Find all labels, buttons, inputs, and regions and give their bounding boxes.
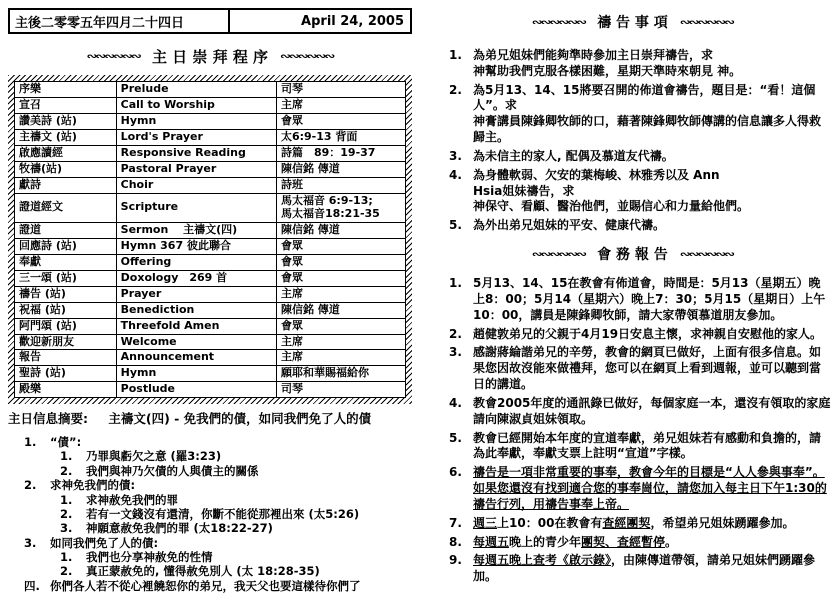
cell-item-en: Announcement: [116, 350, 276, 366]
outline-num: 1.: [24, 435, 50, 449]
affairs-item: 7.週三上10：00在教會有查經團契，希望弟兄姐妹踴躍參加。: [433, 516, 832, 532]
table-row: 歡迎新朋友Welcome主席: [15, 334, 406, 350]
cell-item-en: Threefold Amen: [116, 318, 276, 334]
outline-num: 2.: [60, 564, 86, 578]
cell-performer: 太6:9-13 背面: [276, 129, 405, 145]
cell-performer: 會眾: [276, 113, 405, 129]
scroll-ornament: ∾∾∾∾∾∾: [532, 248, 585, 260]
item-number: 5.: [449, 218, 473, 234]
outline-num: 3.: [24, 536, 50, 550]
outline-text: 我們也分享神赦免的性情: [86, 550, 213, 564]
cell-performer: 主席: [276, 350, 405, 366]
item-text: 為5月13、14、15將要召開的佈道會禱告，題目是：“看！這個人”。求 神膏講員…: [473, 83, 832, 146]
table-row: 讚美詩 (站)Hymn會眾: [15, 113, 406, 129]
item-number: 8.: [449, 535, 473, 551]
cell-item-cn: 證道: [15, 222, 117, 238]
item-text: 週三上10：00在教會有查經團契，希望弟兄姐妹踴躍參加。: [473, 516, 832, 532]
affairs-title-row: ∾∾∾∾∾∾ 會 務 報 告 ∾∾∾∾∾∾: [433, 244, 832, 264]
outline-text: 真正蒙赦免的, 懂得赦免別人 (太 18:28-35): [86, 564, 320, 578]
prayer-section-title: 禱 告 事 項: [597, 12, 668, 32]
table-row: 報告Announcement主席: [15, 350, 406, 366]
table-row: 證道Sermon 主禱文(四)陳信銘 傳道: [15, 222, 406, 238]
cell-item-en: Call to Worship: [116, 97, 276, 113]
cell-performer: 主席: [276, 334, 405, 350]
cell-performer: 馬太福音 6:9-13; 馬太福音18:21-35: [276, 193, 405, 222]
worship-title: 主 日 崇 拜 程 序: [152, 46, 268, 67]
outline-row: 四.你們各人若不從心裡饒恕你的弟兄，我天父也要這樣待你們了: [24, 579, 412, 593]
cell-item-cn: 啟應讀經: [15, 145, 117, 161]
scroll-ornament: ∾∾∾∾∾∾: [532, 16, 585, 28]
cell-performer: 願耶和華賜福給你: [276, 366, 405, 382]
cell-performer: 司琴: [276, 382, 405, 398]
outline-num: 2.: [60, 507, 86, 521]
english-date: April 24, 2005: [230, 10, 410, 32]
prayer-item: 2.為5月13、14、15將要召開的佈道會禱告，題目是：“看！這個人”。求 神膏…: [433, 83, 832, 146]
scroll-ornament: ∾∾∾∾∾∾: [680, 248, 733, 260]
prayer-list: 1.為弟兄姐妹們能夠準時參加主日崇拜禱告，求 神幫助我們克服各樣困難，星期天準時…: [433, 48, 832, 234]
cell-item-cn: 證道經文: [15, 193, 117, 222]
item-number: 6.: [449, 465, 473, 512]
cell-item-en: Responsive Reading: [116, 145, 276, 161]
table-row: 序樂Prelude司琴: [15, 82, 406, 98]
cell-item-cn: 獻詩: [15, 177, 117, 193]
cell-performer: 陳信銘 傳道: [276, 222, 405, 238]
cell-item-cn: 祝福 (站): [15, 302, 117, 318]
table-row: 獻詩Choir詩班: [15, 177, 406, 193]
cell-item-en: Choir: [116, 177, 276, 193]
cell-item-en: Pastoral Prayer: [116, 161, 276, 177]
cell-performer: 會眾: [276, 238, 405, 254]
outline-text: 神願意赦免我們的罪 (太18:22-27): [86, 521, 273, 535]
outline-row: 1.乃罪與虧欠之意 (羅3:23): [60, 449, 412, 463]
item-number: 4.: [449, 396, 473, 428]
outline-num: 四.: [24, 579, 50, 593]
item-text: 每週五晚上查考《啟示錄》，由陳傳道帶領，請弟兄姐妹們踴躍參加。: [473, 553, 832, 585]
worship-title-row: ∾∾∾∾∾∾ 主 日 崇 拜 程 序 ∾∾∾∾∾∾: [8, 46, 412, 67]
outline-num: 1.: [60, 449, 86, 463]
outline-num: 2.: [60, 464, 86, 478]
cell-performer: 會眾: [276, 254, 405, 270]
table-row: 回應詩 (站)Hymn 367 彼此聯合會眾: [15, 238, 406, 254]
outline-row: 2.求神免我們的債:: [24, 478, 412, 492]
cell-performer: 會眾: [276, 270, 405, 286]
cell-item-en: Benediction: [116, 302, 276, 318]
table-row: 宣召Call to Worship主席: [15, 97, 406, 113]
item-number: 4.: [449, 168, 473, 215]
outline-text: 求神免我們的債:: [50, 478, 135, 492]
cell-item-en: Offering: [116, 254, 276, 270]
cell-performer: 司琴: [276, 82, 405, 98]
outline-num: 1.: [60, 550, 86, 564]
item-text: 教會2005年度的通訊錄已做好，每個家庭一本，還沒有領取的家庭請向陳淑貞姐妹領取…: [473, 396, 832, 428]
worship-table: 序樂Prelude司琴 宣召Call to Worship主席 讚美詩 (站)H…: [14, 81, 406, 398]
table-row: 啟應讀經Responsive Reading詩篇 89：19-37: [15, 145, 406, 161]
item-number: 2.: [449, 327, 473, 343]
cell-item-cn: 報告: [15, 350, 117, 366]
cell-performer: 會眾: [276, 318, 405, 334]
item-number: 1.: [449, 276, 473, 323]
outline-text: 若有一文錢沒有還清，你斷不能從那裡出來 (太5:26): [86, 507, 359, 521]
cell-item-en: Scripture: [116, 193, 276, 222]
cell-item-cn: 三一頌 (站): [15, 270, 117, 286]
cell-item-cn: 回應詩 (站): [15, 238, 117, 254]
item-text: 為未信主的家人, 配偶及慕道友代禱。: [473, 149, 832, 165]
item-number: 2.: [449, 83, 473, 146]
outline-row: 2.我們與神乃欠債的人與債主的關係: [60, 464, 412, 478]
cell-performer: 主席: [276, 97, 405, 113]
summary-label: 主日信息摘要:: [8, 411, 88, 426]
cell-item-en: Prelude: [116, 82, 276, 98]
item-text: 為弟兄姐妹們能夠準時參加主日崇拜禱告，求 神幫助我們克服各樣困難，星期天準時來朝…: [473, 48, 832, 80]
cell-item-cn: 禱告 (站): [15, 286, 117, 302]
affairs-item: 9.每週五晚上查考《啟示錄》，由陳傳道帶領，請弟兄姐妹們踴躍參加。: [433, 553, 832, 585]
outline-row: 1.我們也分享神赦免的性情: [60, 550, 412, 564]
cell-item-en: Lord's Prayer: [116, 129, 276, 145]
prayer-item: 5.為外出弟兄姐妹的平安、健康代禱。: [433, 218, 832, 234]
item-text: 5月13、14、15在教會有佈道會，時間是：5月13（星期五）晚上8：00；5月…: [473, 276, 832, 323]
table-row: 主禱文 (站)Lord's Prayer太6:9-13 背面: [15, 129, 406, 145]
left-page: 主後二零零五年四月二十四日 April 24, 2005 ∾∾∾∾∾∾ 主 日 …: [8, 8, 412, 593]
affairs-item: 5.教會已經開始本年度的宣道奉獻，弟兄姐妹若有感動和負擔的，請為此奉獻，奉獻支票…: [433, 431, 832, 463]
affairs-item: 3.感謝蔣綸諧弟兄的辛勞，教會的網頁已做好，上面有很多信息。如果您因故沒能來做禮…: [433, 345, 832, 392]
item-text: 趙健敦弟兄的父親于4月19日安息主懷，求神親自安慰他的家人。: [473, 327, 832, 343]
cell-item-cn: 歡迎新朋友: [15, 334, 117, 350]
outline-num: 2.: [24, 478, 50, 492]
outline-text: 如同我們免了人的債:: [50, 536, 158, 550]
outline-num: 3.: [60, 521, 86, 535]
date-banner: 主後二零零五年四月二十四日 April 24, 2005: [8, 8, 412, 34]
item-number: 1.: [449, 48, 473, 80]
cell-item-cn: 聖詩 (站): [15, 366, 117, 382]
item-text: 每週五晚上的青少年團契、查經暫停。: [473, 535, 832, 551]
prayer-item: 1.為弟兄姐妹們能夠準時參加主日崇拜禱告，求 神幫助我們克服各樣困難，星期天準時…: [433, 48, 832, 80]
affairs-section-title: 會 務 報 告: [597, 244, 668, 264]
right-page: ∾∾∾∾∾∾ 禱 告 事 項 ∾∾∾∾∾∾ 1.為弟兄姐妹們能夠準時參加主日崇拜…: [433, 6, 832, 588]
item-text: 感謝蔣綸諧弟兄的辛勞，教會的網頁已做好，上面有很多信息。如果您因故沒能來做禮拜，…: [473, 345, 832, 392]
prayer-title-row: ∾∾∾∾∾∾ 禱 告 事 項 ∾∾∾∾∾∾: [433, 12, 832, 32]
cell-item-en: Postlude: [116, 382, 276, 398]
cell-performer: 詩篇 89：19-37: [276, 145, 405, 161]
cell-performer: 主席: [276, 286, 405, 302]
cell-item-cn: 宣召: [15, 97, 117, 113]
cell-performer: 陳信銘 傳道: [276, 302, 405, 318]
table-row: 殿樂Postlude司琴: [15, 382, 406, 398]
item-text: 為外出弟兄姐妹的平安、健康代禱。: [473, 218, 832, 234]
table-row: 奉獻Offering會眾: [15, 254, 406, 270]
affairs-item: 1.5月13、14、15在教會有佈道會，時間是：5月13（星期五）晚上8：00；…: [433, 276, 832, 323]
outline-row: 2.若有一文錢沒有還清，你斷不能從那裡出來 (太5:26): [60, 507, 412, 521]
item-text: 教會已經開始本年度的宣道奉獻，弟兄姐妹若有感動和負擔的，請為此奉獻，奉獻支票上註…: [473, 431, 832, 463]
cell-performer: 陳信銘 傳道: [276, 161, 405, 177]
cell-item-cn: 主禱文 (站): [15, 129, 117, 145]
worship-table-border: 序樂Prelude司琴 宣召Call to Worship主席 讚美詩 (站)H…: [8, 75, 412, 404]
cell-item-en: Welcome: [116, 334, 276, 350]
item-number: 3.: [449, 149, 473, 165]
outline-num: 1.: [60, 493, 86, 507]
cell-item-cn: 牧禱(站): [15, 161, 117, 177]
chinese-date: 主後二零零五年四月二十四日: [10, 10, 230, 32]
cell-item-cn: 讚美詩 (站): [15, 113, 117, 129]
item-number: 9.: [449, 553, 473, 585]
table-row: 牧禱(站)Pastoral Prayer陳信銘 傳道: [15, 161, 406, 177]
affairs-list: 1.5月13、14、15在教會有佈道會，時間是：5月13（星期五）晚上8：00；…: [433, 276, 832, 585]
item-number: 3.: [449, 345, 473, 392]
outline-row: 1.“債”:: [24, 435, 412, 449]
cell-item-en: Hymn 367 彼此聯合: [116, 238, 276, 254]
table-row: 祝福 (站)Benediction陳信銘 傳道: [15, 302, 406, 318]
item-number: 5.: [449, 431, 473, 463]
affairs-item: 4.教會2005年度的通訊錄已做好，每個家庭一本，還沒有領取的家庭請向陳淑貞姐妹…: [433, 396, 832, 428]
outline-row: 3.神願意赦免我們的罪 (太18:22-27): [60, 521, 412, 535]
table-row: 阿門頌 (站)Threefold Amen會眾: [15, 318, 406, 334]
scroll-ornament: ∾∾∾∾∾∾: [280, 51, 333, 63]
cell-item-cn: 序樂: [15, 82, 117, 98]
summary-heading: 主日信息摘要: 主禱文(四) - 免我們的債，如同我們免了人的債: [8, 411, 412, 427]
cell-item-en: Sermon 主禱文(四): [116, 222, 276, 238]
affairs-item: 8.每週五晚上的青少年團契、查經暫停。: [433, 535, 832, 551]
cell-item-cn: 奉獻: [15, 254, 117, 270]
outline-text: 求神赦免我們的罪: [86, 493, 178, 507]
cell-item-en: Doxology 269 首: [116, 270, 276, 286]
outline-row: 1.求神赦免我們的罪: [60, 493, 412, 507]
scroll-ornament: ∾∾∾∾∾∾: [680, 16, 733, 28]
sermon-outline: 1.“債”: 1.乃罪與虧欠之意 (羅3:23) 2.我們與神乃欠債的人與債主的…: [8, 435, 412, 593]
cell-item-en: Hymn: [116, 366, 276, 382]
prayer-item: 4.為身體軟弱、欠安的葉梅峻、林雅秀以及 Ann Hsia姐妹禱告，求 神保守、…: [433, 168, 832, 215]
bulletin-page: 主後二零零五年四月二十四日 April 24, 2005 ∾∾∾∾∾∾ 主 日 …: [0, 0, 839, 598]
summary-topic: 主禱文(四) - 免我們的債，如同我們免了人的債: [108, 411, 371, 426]
item-number: 7.: [449, 516, 473, 532]
cell-item-en: Hymn: [116, 113, 276, 129]
scroll-ornament: ∾∾∾∾∾∾: [87, 51, 140, 63]
prayer-item: 3.為未信主的家人, 配偶及慕道友代禱。: [433, 149, 832, 165]
table-row: 禱告 (站)Prayer主席: [15, 286, 406, 302]
cell-item-en: Prayer: [116, 286, 276, 302]
outline-row: 3.如同我們免了人的債:: [24, 536, 412, 550]
item-text: 禱告是一項非常重要的事奉，教會今年的目標是“人人參與事奉”。如果您還沒有找到適合…: [473, 465, 832, 512]
table-row: 證道經文Scripture馬太福音 6:9-13; 馬太福音18:21-35: [15, 193, 406, 222]
table-row: 三一頌 (站)Doxology 269 首會眾: [15, 270, 406, 286]
table-row: 聖詩 (站)Hymn願耶和華賜福給你: [15, 366, 406, 382]
outline-row: 2.真正蒙赦免的, 懂得赦免別人 (太 18:28-35): [60, 564, 412, 578]
affairs-item: 6.禱告是一項非常重要的事奉，教會今年的目標是“人人參與事奉”。如果您還沒有找到…: [433, 465, 832, 512]
outline-text: 你們各人若不從心裡饒恕你的弟兄，我天父也要這樣待你們了: [50, 579, 361, 593]
cell-item-cn: 殿樂: [15, 382, 117, 398]
cell-item-cn: 阿門頌 (站): [15, 318, 117, 334]
outline-text: 乃罪與虧欠之意 (羅3:23): [86, 449, 221, 463]
cell-performer: 詩班: [276, 177, 405, 193]
item-text: 為身體軟弱、欠安的葉梅峻、林雅秀以及 Ann Hsia姐妹禱告，求 神保守、看顧…: [473, 168, 832, 215]
sermon-summary: 主日信息摘要: 主禱文(四) - 免我們的債，如同我們免了人的債 1.“債”: …: [8, 411, 412, 593]
outline-text: “債”:: [50, 435, 81, 449]
affairs-item: 2.趙健敦弟兄的父親于4月19日安息主懷，求神親自安慰他的家人。: [433, 327, 832, 343]
outline-text: 我們與神乃欠債的人與債主的關係: [86, 464, 259, 478]
